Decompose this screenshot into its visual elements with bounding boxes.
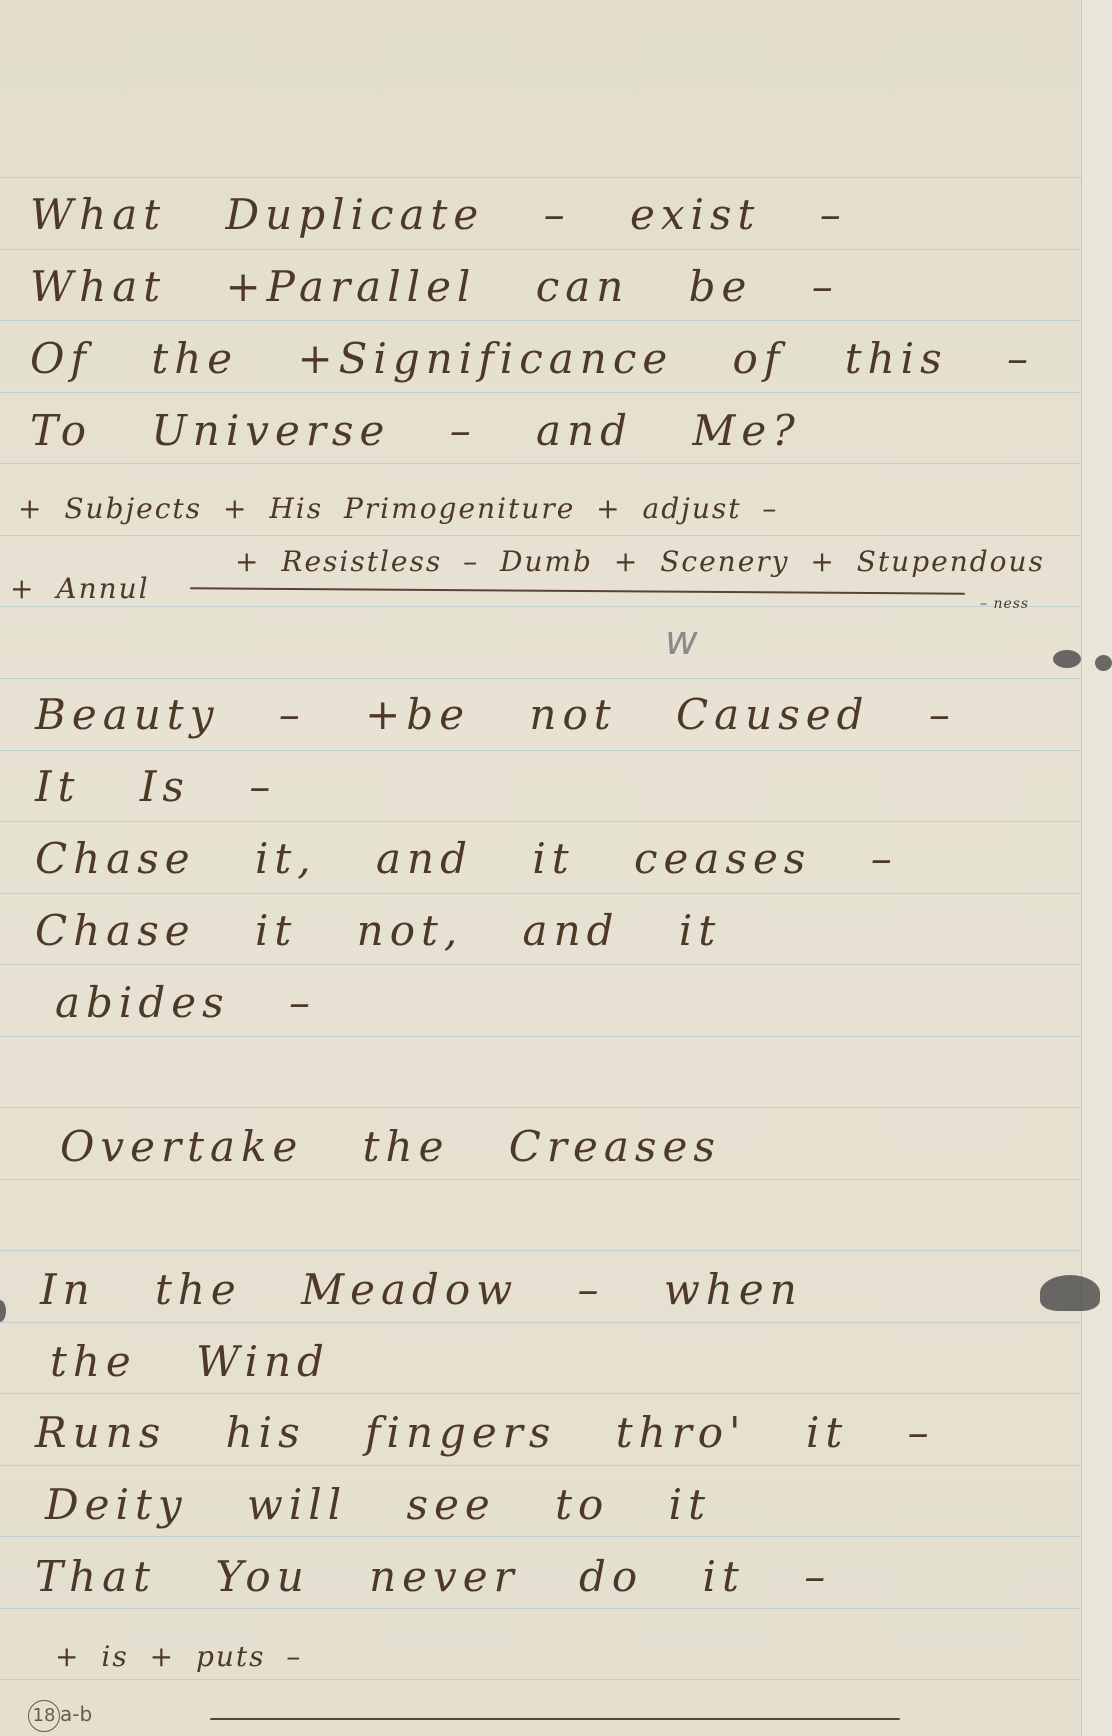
variant-suffix: – ness (980, 596, 1029, 612)
ruled-line (0, 1679, 1082, 1680)
variant-line: + Resistless – Dumb + Scenery + Stupendo… (235, 545, 1045, 578)
ruled-line (0, 606, 1082, 607)
ruled-line (0, 1322, 1082, 1323)
poem-line: What +Parallel can be – (30, 262, 839, 311)
ruled-line (0, 177, 1082, 178)
poem-line: Of the +Significance of this – (30, 334, 1034, 383)
poem-line: the Wind (50, 1337, 330, 1386)
poem-line: abides – (55, 978, 316, 1027)
ruled-line (0, 1393, 1082, 1394)
poem-line: Chase it, and it ceases – (35, 834, 898, 883)
poem-line: In the Meadow – when (40, 1265, 803, 1314)
ruled-line (0, 463, 1082, 464)
ruled-line (0, 1465, 1082, 1466)
variant-line: + is + puts – (55, 1640, 302, 1673)
poem-line: Runs his fingers thro' it – (35, 1408, 935, 1457)
ruled-line (0, 750, 1082, 751)
poem-line: What Duplicate – exist – (30, 190, 847, 239)
ruled-line (0, 893, 1082, 894)
ruled-line (0, 1608, 1082, 1609)
variant-line: + Subjects + His Primogeniture + adjust … (18, 492, 778, 525)
pencil-mark: w (665, 618, 698, 664)
folio-number: 18a-b (28, 1700, 92, 1732)
closing-rule (210, 1718, 900, 1720)
ruled-line (0, 821, 1082, 822)
ruled-line (0, 392, 1082, 393)
ruled-line (0, 1179, 1082, 1180)
poem-line: Beauty – +be not Caused – (35, 690, 956, 739)
paper-edge (1082, 0, 1112, 1736)
poem-line: To Universe – and Me? (30, 406, 801, 455)
poem-line: That You never do it – (35, 1552, 831, 1601)
poem-line: Chase it not, and it (35, 906, 721, 955)
ink-stain (1095, 655, 1112, 671)
ink-stain (1040, 1275, 1100, 1311)
ruled-line (0, 678, 1082, 679)
poem-line: Deity will see to it (45, 1480, 711, 1529)
ink-stain (1053, 650, 1081, 668)
ink-stain (0, 1300, 6, 1322)
poem-line: It Is – (35, 762, 276, 811)
variant-prefix: + Annul (10, 572, 150, 605)
folio-suffix: a-b (60, 1702, 92, 1726)
ruled-line (0, 320, 1082, 321)
ruled-line (0, 249, 1082, 250)
ruled-line (0, 1107, 1082, 1108)
manuscript-page: What Duplicate – exist – What +Parallel … (0, 0, 1112, 1736)
variant-underline (190, 587, 965, 594)
ruled-line (0, 1250, 1082, 1251)
ruled-line (0, 1536, 1082, 1537)
ruled-line (0, 535, 1082, 536)
poem-line: Overtake the Creases (60, 1122, 721, 1171)
ruled-line (0, 1036, 1082, 1037)
folio-circle: 18 (28, 1700, 60, 1732)
ruled-line (0, 964, 1082, 965)
